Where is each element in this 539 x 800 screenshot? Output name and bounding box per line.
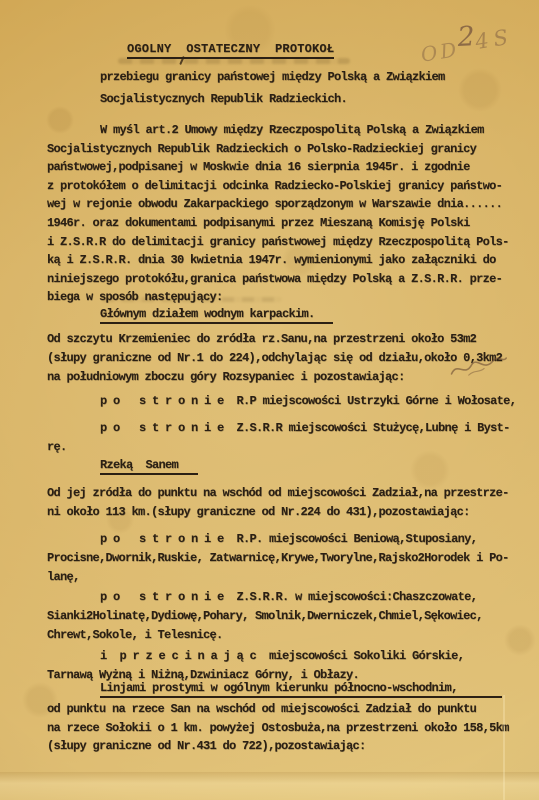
section1-heading-block: Głównym działem wodnym karpackim. xyxy=(100,307,333,324)
subtitle-line: Socjalistycznych Republik Radzieckich. xyxy=(100,88,445,110)
intro-paragraph: W myśl art.2 Umowy między Rzeczpospolitą… xyxy=(47,121,509,307)
section-heading: Rzeką Sanem xyxy=(100,458,198,475)
body-line: ni około 113 km.(słupy graniczne od Nr.2… xyxy=(47,503,509,522)
body-line: Chrewt,Sokole, i Telesnicę. xyxy=(47,626,483,645)
body-line: na południowym zboczu góry Rozsypaniec i… xyxy=(47,368,502,387)
section2-rp-side: p o s t r o n i e R.P. miejscowości Beni… xyxy=(47,530,509,586)
body-line: (słupy graniczne od Nr.1 do 224),odchyla… xyxy=(47,349,502,368)
body-line: rę. xyxy=(47,438,510,457)
corner-annotation-digit: 2 xyxy=(457,21,476,53)
body-line: p o s t r o n i e Z.S.R.R. w miejscowośc… xyxy=(47,588,483,607)
body-line: Sianki2Holinatę,Dydiowę,Pohary, Smolnik,… xyxy=(47,607,483,626)
body-line: Od szczytu Krzemieniec do zródła rz.Sanu… xyxy=(47,330,502,349)
body-line: z protokółem o delimitacji odcinka Radzi… xyxy=(47,177,509,196)
paper-crease-vertical xyxy=(503,695,505,800)
paper-fold-crease xyxy=(0,772,539,800)
subtitle-block: przebiegu granicy państowej między Polsk… xyxy=(100,66,445,111)
body-line: i Z.S.R.R do delimitacji granicy państwo… xyxy=(47,233,509,252)
corner-annotation-text: OD xyxy=(419,37,461,67)
body-line: 1946r. oraz dokumentami podpisanymi prze… xyxy=(47,214,509,233)
body-line: na rzece Sołokii o 1 km. powyżej Ostosbu… xyxy=(47,719,509,738)
section-heading: Linjami prostymi w ogólnym kierunku półn… xyxy=(100,681,502,698)
body-line: lanę, xyxy=(47,568,509,587)
section3-body: od punktu na rzece San na wschód od miej… xyxy=(47,700,509,756)
document-page: OD24S OGOLNY OSTATECZNY PROTOKOŁ przebie… xyxy=(0,0,539,800)
corner-annotation-text: 4S xyxy=(474,24,515,54)
section1-zsrr-side: p o s t r o n i e Z.S.R.R miejscowości S… xyxy=(47,419,510,456)
body-line: i p r z e c i n a j ą c miejscowości Sok… xyxy=(47,647,464,666)
body-line: biega w sposób następujący: xyxy=(47,288,509,307)
section1-rp-side: p o s t r o n i e R.P miejscowości Ustrz… xyxy=(47,394,516,408)
pencil-scribble-icon xyxy=(447,349,512,386)
body-line: ką i Z.S.R.R. dnia 30 kwietnia 1947r. wy… xyxy=(47,251,509,270)
section2-crossing: i p r z e c i n a j ą c miejscowości Sok… xyxy=(47,647,464,684)
body-line: państwowej,podpisanej w Moskwie dnia 16 … xyxy=(47,158,509,177)
handwritten-corner-annotation: OD24S xyxy=(395,2,530,66)
section2-zsrr-side: p o s t r o n i e Z.S.R.R. w miejscowośc… xyxy=(47,588,483,644)
body-line: wej w rejonie obwodu Zakarpackiego sporz… xyxy=(47,195,509,214)
section-heading: Głównym działem wodnym karpackim. xyxy=(100,307,333,324)
body-line: niniejszego protokółu,granica państwowa … xyxy=(47,270,509,289)
section-heading-text: Linjami prostymi w ogólnym kierunku półn… xyxy=(100,681,502,698)
body-line: p o s t r o n i e Z.S.R.R miejscowości S… xyxy=(47,419,510,438)
section3-heading-block: Linjami prostymi w ogólnym kierunku półn… xyxy=(100,681,502,698)
body-line: Socjalistycznych Republik Radzieckich o … xyxy=(47,140,509,159)
page-title: OGOLNY OSTATECZNY PROTOKOŁ xyxy=(127,42,334,59)
body-line: p o s t r o n i e R.P miejscowości Ustrz… xyxy=(47,394,516,408)
body-line: (słupy graniczne od Nr.431 do 722),pozos… xyxy=(47,737,509,756)
page-title-text: OGOLNY OSTATECZNY PROTOKOŁ xyxy=(127,42,334,59)
section2-heading-block: Rzeką Sanem xyxy=(100,458,198,475)
document-title-block: OGOLNY OSTATECZNY PROTOKOŁ xyxy=(127,42,334,59)
body-line: od punktu na rzece San na wschód od miej… xyxy=(47,700,509,719)
section1-body: Od szczytu Krzemieniec do zródła rz.Sanu… xyxy=(47,330,502,387)
subtitle-line: przebiegu granicy państowej między Polsk… xyxy=(100,66,445,88)
section-heading-text: Głównym działem wodnym karpackim. xyxy=(100,307,333,324)
body-line: W myśl art.2 Umowy między Rzeczpospolitą… xyxy=(47,121,509,140)
body-line: Procisne,Dwornik,Ruskie, Zatwarnicę,Kryw… xyxy=(47,549,509,568)
section2-body: Od jej zródła do punktu na wschód od mie… xyxy=(47,484,509,522)
section-heading-text: Rzeką Sanem xyxy=(100,458,198,475)
body-line: Od jej zródła do punktu na wschód od mie… xyxy=(47,484,509,503)
body-line: p o s t r o n i e R.P. miejscowości Beni… xyxy=(47,530,509,549)
